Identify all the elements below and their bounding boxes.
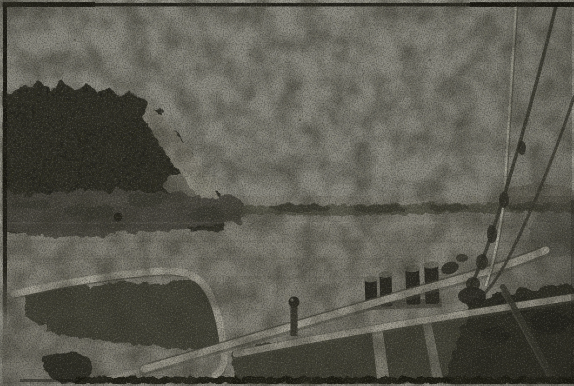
photo-canvas	[0, 0, 574, 386]
vignette	[0, 0, 574, 386]
halftone-photo: View from a ship's deck across water tow…	[0, 0, 574, 386]
